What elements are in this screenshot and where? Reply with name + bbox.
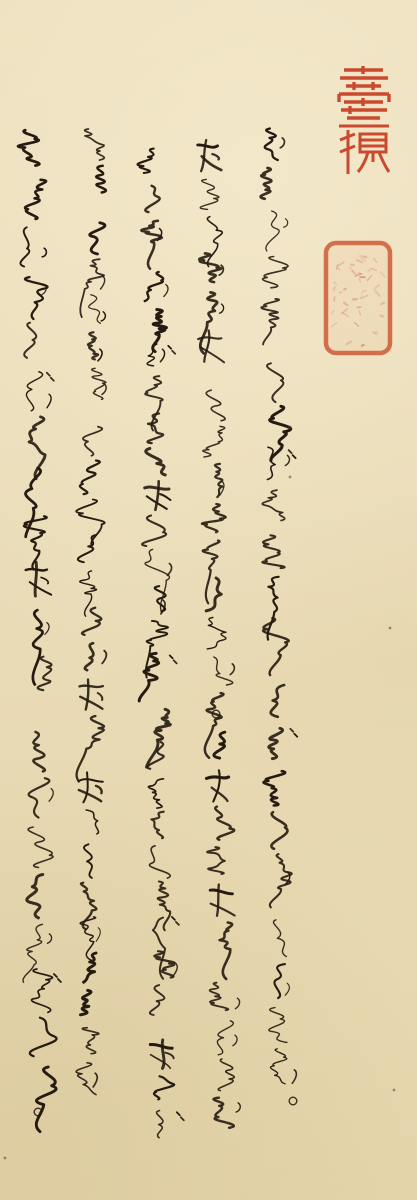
seal-character-top (339, 66, 389, 118)
seal-character-bottom (339, 126, 389, 174)
seal-signature (339, 66, 389, 174)
manuscript-sheet: しをせつる すはぎのゝもゝ はだにきも わりなし。 女むかふる男 まいていかなら… (0, 0, 417, 1200)
seal-layer (0, 0, 417, 1200)
seal-stamp (326, 243, 390, 353)
